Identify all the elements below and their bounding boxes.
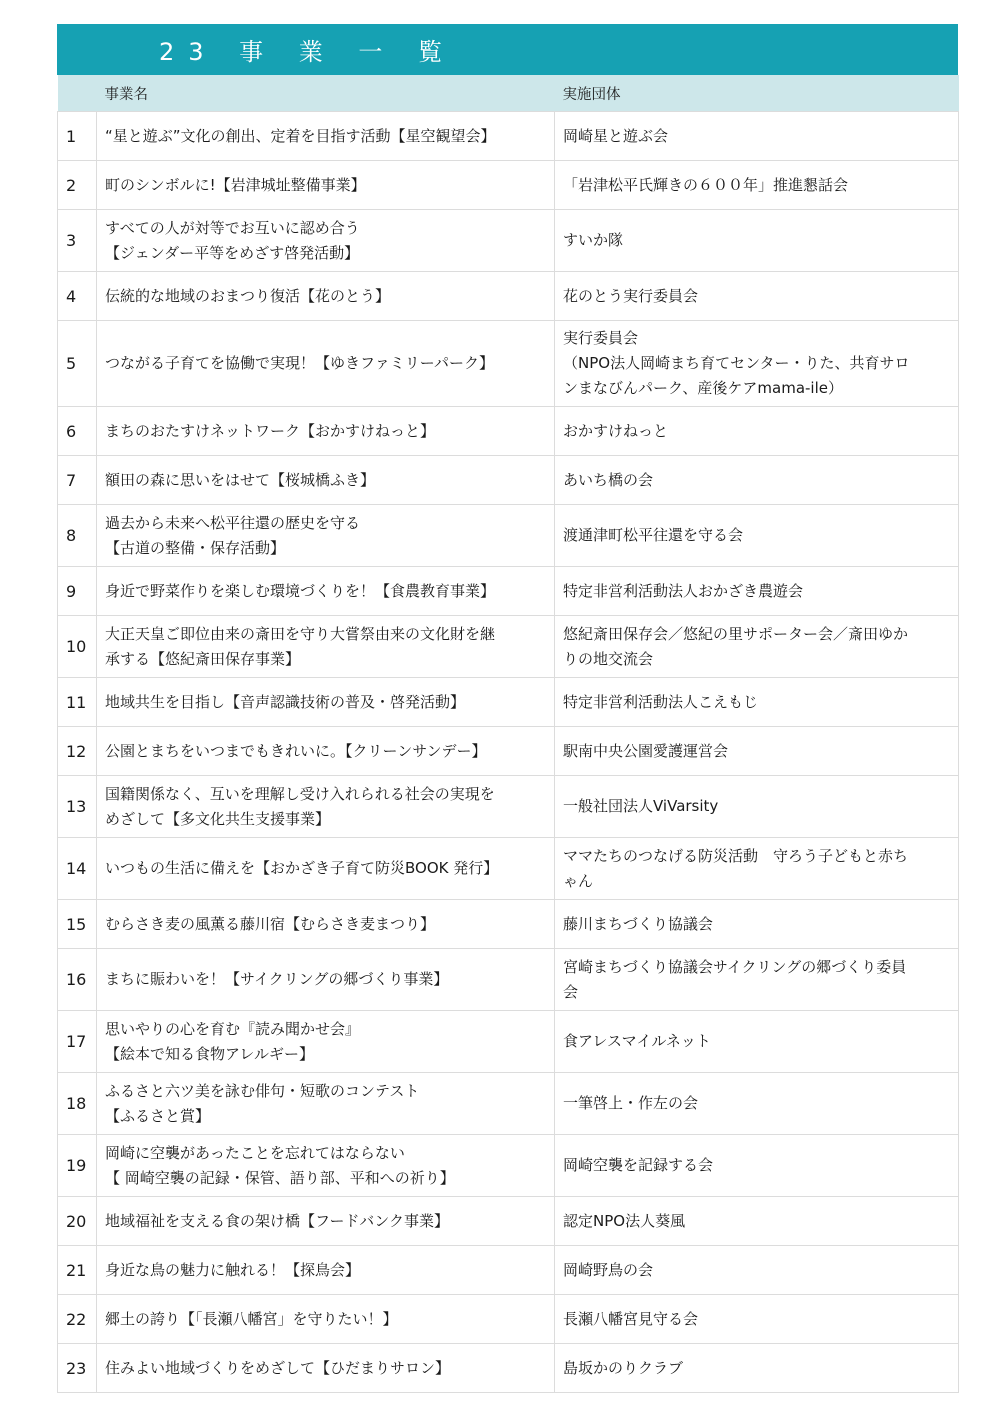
project-name-line: めざして【多文化共生支援事業】 <box>105 807 546 832</box>
column-header-name: 事業名 <box>97 75 555 112</box>
column-header-no <box>58 75 97 112</box>
row-number: 1 <box>58 112 97 161</box>
organization-cell: 一般社団法人ViVarsity <box>555 776 959 838</box>
project-name-line: すべての人が対等でお互いに認め合う <box>105 216 546 241</box>
organization-line: ゃん <box>563 869 950 894</box>
row-number: 11 <box>58 678 97 727</box>
project-name-cell: 住みよい地域づくりをめざして【ひだまりサロン】 <box>97 1344 555 1393</box>
project-list-page: 23 事 業 一 覧 事業名 実施団体 1“星と遊ぶ”文化の創出、定着を目指す活… <box>57 24 958 1393</box>
column-header-org: 実施団体 <box>555 75 959 112</box>
row-number: 16 <box>58 949 97 1011</box>
table-row: 2町のシンボルに!【岩津城址整備事業】「岩津松平氏輝きの６００年」推進懇話会 <box>58 161 959 210</box>
project-name-cell: 地域共生を目指し【音声認識技術の普及・啓発活動】 <box>97 678 555 727</box>
organization-line: 一筆啓上・作左の会 <box>563 1091 950 1116</box>
row-number: 7 <box>58 456 97 505</box>
organization-line: ママたちのつなげる防災活動 守ろう子どもと赤ち <box>563 844 950 869</box>
organization-line: 駅南中央公園愛護運営会 <box>563 739 950 764</box>
project-name-line: まちのおたすけネットワーク【おかすけねっと】 <box>105 419 546 444</box>
project-name-line: 承する【悠紀斎田保存事業】 <box>105 647 546 672</box>
project-name-cell: 国籍関係なく、互いを理解し受け入れられる社会の実現をめざして【多文化共生支援事業… <box>97 776 555 838</box>
organization-line: 一般社団法人ViVarsity <box>563 794 950 819</box>
project-name-cell: まちに賑わいを！【サイクリングの郷づくり事業】 <box>97 949 555 1011</box>
organization-line: 食アレスマイルネット <box>563 1029 950 1054</box>
organization-cell: 岡崎空襲を記録する会 <box>555 1135 959 1197</box>
project-name-line: 地域共生を目指し【音声認識技術の普及・啓発活動】 <box>105 690 546 715</box>
organization-line: 特定非営利活動法人こえもじ <box>563 690 950 715</box>
table-row: 3 すべての人が対等でお互いに認め合う【ジェンダー平等をめざす啓発活動】すいか隊 <box>58 210 959 272</box>
row-number: 12 <box>58 727 97 776</box>
organization-line: 長瀬八幡宮見守る会 <box>563 1307 950 1332</box>
project-name-cell: 伝統的な地域のおまつり復活【花のとう】 <box>97 272 555 321</box>
row-number: 10 <box>58 616 97 678</box>
organization-cell: 宮崎まちづくり協議会サイクリングの郷づくり委員会 <box>555 949 959 1011</box>
table-row: 14いつもの生活に備えを【おかざき子育て防災BOOK 発行】ママたちのつなげる防… <box>58 838 959 900</box>
project-name-line: “星と遊ぶ”文化の創出、定着を目指す活動【星空観望会】 <box>105 124 546 149</box>
project-name-line: ふるさと六ツ美を詠む俳句・短歌のコンテスト <box>105 1079 546 1104</box>
organization-cell: ママたちのつなげる防災活動 守ろう子どもと赤ちゃん <box>555 838 959 900</box>
table-row: 10大正天皇ご即位由来の斎田を守り大嘗祭由来の文化財を継承する【悠紀斎田保存事業… <box>58 616 959 678</box>
table-row: 19岡崎に空襲があったことを忘れてはならない 【 岡崎空襲の記録・保管、語り部、… <box>58 1135 959 1197</box>
organization-cell: 岡崎星と遊ぶ会 <box>555 112 959 161</box>
project-name-line: 額田の森に思いをはせて【桜城橋ふき】 <box>105 468 546 493</box>
project-name-cell: ふるさと六ツ美を詠む俳句・短歌のコンテスト 【ふるさと賞】 <box>97 1073 555 1135</box>
organization-cell: あいち橋の会 <box>555 456 959 505</box>
row-number: 3 <box>58 210 97 272</box>
table-row: 18ふるさと六ツ美を詠む俳句・短歌のコンテスト 【ふるさと賞】一筆啓上・作左の会 <box>58 1073 959 1135</box>
project-name-line: むらさき麦の風薫る藤川宿【むらさき麦まつり】 <box>105 912 546 937</box>
organization-cell: 長瀬八幡宮見守る会 <box>555 1295 959 1344</box>
organization-line: 藤川まちづくり協議会 <box>563 912 950 937</box>
row-number: 20 <box>58 1197 97 1246</box>
project-name-cell: 郷土の誇り【「長瀬八幡宮」を守りたい！】 <box>97 1295 555 1344</box>
row-number: 5 <box>58 321 97 407</box>
project-name-line: 【古道の整備・保存活動】 <box>105 536 546 561</box>
organization-cell: 島坂かのりクラブ <box>555 1344 959 1393</box>
project-name-cell: 町のシンボルに!【岩津城址整備事業】 <box>97 161 555 210</box>
project-name-line: 身近な鳥の魅力に触れる！【探鳥会】 <box>105 1258 546 1283</box>
table-row: 16まちに賑わいを！【サイクリングの郷づくり事業】宮崎まちづくり協議会サイクリン… <box>58 949 959 1011</box>
table-row: 17思いやりの心を育む『読み聞かせ会』 【絵本で知る食物アレルギー】食アレスマイ… <box>58 1011 959 1073</box>
table-row: 4伝統的な地域のおまつり復活【花のとう】花のとう実行委員会 <box>58 272 959 321</box>
project-name-line: 大正天皇ご即位由来の斎田を守り大嘗祭由来の文化財を継 <box>105 622 546 647</box>
table-row: 23住みよい地域づくりをめざして【ひだまりサロン】島坂かのりクラブ <box>58 1344 959 1393</box>
row-number: 17 <box>58 1011 97 1073</box>
project-name-cell: 地域福祉を支える食の架け橋【フードバンク事業】 <box>97 1197 555 1246</box>
row-number: 19 <box>58 1135 97 1197</box>
organization-line: 岡崎野鳥の会 <box>563 1258 950 1283</box>
organization-line: 岡崎空襲を記録する会 <box>563 1153 950 1178</box>
row-number: 15 <box>58 900 97 949</box>
project-name-cell: いつもの生活に備えを【おかざき子育て防災BOOK 発行】 <box>97 838 555 900</box>
project-name-cell: 大正天皇ご即位由来の斎田を守り大嘗祭由来の文化財を継承する【悠紀斎田保存事業】 <box>97 616 555 678</box>
organization-cell: 駅南中央公園愛護運営会 <box>555 727 959 776</box>
row-number: 2 <box>58 161 97 210</box>
organization-line: 実行委員会 <box>563 326 950 351</box>
row-number: 13 <box>58 776 97 838</box>
project-name-line: 【ふるさと賞】 <box>105 1104 546 1129</box>
organization-cell: 藤川まちづくり協議会 <box>555 900 959 949</box>
project-table: 事業名 実施団体 1“星と遊ぶ”文化の創出、定着を目指す活動【星空観望会】岡崎星… <box>57 75 959 1393</box>
project-name-line: 住みよい地域づくりをめざして【ひだまりサロン】 <box>105 1356 546 1381</box>
row-number: 6 <box>58 407 97 456</box>
row-number: 22 <box>58 1295 97 1344</box>
organization-cell: 実行委員会（NPO法人岡崎まち育てセンター・りた、共育サロンまなびんパーク、産後… <box>555 321 959 407</box>
row-number: 4 <box>58 272 97 321</box>
row-number: 9 <box>58 567 97 616</box>
project-name-cell: 公園とまちをいつまでもきれいに。【クリーンサンデー】 <box>97 727 555 776</box>
organization-line: 渡通津町松平往還を守る会 <box>563 523 950 548</box>
organization-cell: おかすけねっと <box>555 407 959 456</box>
table-row: 21身近な鳥の魅力に触れる！【探鳥会】岡崎野鳥の会 <box>58 1246 959 1295</box>
organization-cell: 「岩津松平氏輝きの６００年」推進懇話会 <box>555 161 959 210</box>
table-row: 9身近で野菜作りを楽しむ環境づくりを！【食農教育事業】特定非営利活動法人おかざき… <box>58 567 959 616</box>
organization-cell: 特定非営利活動法人こえもじ <box>555 678 959 727</box>
table-row: 15むらさき麦の風薫る藤川宿【むらさき麦まつり】藤川まちづくり協議会 <box>58 900 959 949</box>
page-title: 23 事 業 一 覧 <box>159 32 456 67</box>
table-row: 22郷土の誇り【「長瀬八幡宮」を守りたい！】長瀬八幡宮見守る会 <box>58 1295 959 1344</box>
project-name-line: 【絵本で知る食物アレルギー】 <box>105 1042 546 1067</box>
row-number: 8 <box>58 505 97 567</box>
organization-cell: 岡崎野鳥の会 <box>555 1246 959 1295</box>
title-bar: 23 事 業 一 覧 <box>57 24 958 75</box>
project-name-cell: まちのおたすけネットワーク【おかすけねっと】 <box>97 407 555 456</box>
table-row: 5つながる子育てを協働で実現！【ゆきファミリーパーク】実行委員会（NPO法人岡崎… <box>58 321 959 407</box>
organization-line: （NPO法人岡崎まち育てセンター・りた、共育サロ <box>563 351 950 376</box>
organization-line: りの地交流会 <box>563 647 950 672</box>
project-name-line: 町のシンボルに!【岩津城址整備事業】 <box>105 173 546 198</box>
project-name-line: 伝統的な地域のおまつり復活【花のとう】 <box>105 284 546 309</box>
project-name-cell: つながる子育てを協働で実現！【ゆきファミリーパーク】 <box>97 321 555 407</box>
table-row: 13国籍関係なく、互いを理解し受け入れられる社会の実現をめざして【多文化共生支援… <box>58 776 959 838</box>
table-body: 1“星と遊ぶ”文化の創出、定着を目指す活動【星空観望会】岡崎星と遊ぶ会2町のシン… <box>58 112 959 1393</box>
organization-line: 花のとう実行委員会 <box>563 284 950 309</box>
organization-line: 島坂かのりクラブ <box>563 1356 950 1381</box>
project-name-line: 公園とまちをいつまでもきれいに。【クリーンサンデー】 <box>105 739 546 764</box>
table-row: 20地域福祉を支える食の架け橋【フードバンク事業】認定NPO法人葵風 <box>58 1197 959 1246</box>
project-name-line: 【ジェンダー平等をめざす啓発活動】 <box>105 241 546 266</box>
project-name-line: 過去から未来へ松平往還の歴史を守る <box>105 511 546 536</box>
project-name-line: つながる子育てを協働で実現！【ゆきファミリーパーク】 <box>105 351 546 376</box>
organization-cell: 特定非営利活動法人おかざき農遊会 <box>555 567 959 616</box>
project-name-cell: 過去から未来へ松平往還の歴史を守る【古道の整備・保存活動】 <box>97 505 555 567</box>
organization-line: 岡崎星と遊ぶ会 <box>563 124 950 149</box>
project-name-cell: 身近な鳥の魅力に触れる！【探鳥会】 <box>97 1246 555 1295</box>
organization-line: 悠紀斎田保存会／悠紀の里サポーター会／斎田ゆか <box>563 622 950 647</box>
project-name-line: 地域福祉を支える食の架け橋【フードバンク事業】 <box>105 1209 546 1234</box>
organization-cell: 渡通津町松平往還を守る会 <box>555 505 959 567</box>
project-name-cell: 身近で野菜作りを楽しむ環境づくりを！【食農教育事業】 <box>97 567 555 616</box>
project-name-cell: 岡崎に空襲があったことを忘れてはならない 【 岡崎空襲の記録・保管、語り部、平和… <box>97 1135 555 1197</box>
table-row: 7額田の森に思いをはせて【桜城橋ふき】あいち橋の会 <box>58 456 959 505</box>
table-row: 1“星と遊ぶ”文化の創出、定着を目指す活動【星空観望会】岡崎星と遊ぶ会 <box>58 112 959 161</box>
table-row: 6まちのおたすけネットワーク【おかすけねっと】おかすけねっと <box>58 407 959 456</box>
organization-line: 宮崎まちづくり協議会サイクリングの郷づくり委員 <box>563 955 950 980</box>
project-name-cell: “星と遊ぶ”文化の創出、定着を目指す活動【星空観望会】 <box>97 112 555 161</box>
table-header-row: 事業名 実施団体 <box>58 75 959 112</box>
project-name-line: 岡崎に空襲があったことを忘れてはならない <box>105 1141 546 1166</box>
project-name-line: まちに賑わいを！【サイクリングの郷づくり事業】 <box>105 967 546 992</box>
organization-line: 認定NPO法人葵風 <box>563 1209 950 1234</box>
organization-line: 「岩津松平氏輝きの６００年」推進懇話会 <box>563 173 950 198</box>
project-name-line: 【 岡崎空襲の記録・保管、語り部、平和への祈り】 <box>105 1166 546 1191</box>
organization-cell: 花のとう実行委員会 <box>555 272 959 321</box>
organization-cell: すいか隊 <box>555 210 959 272</box>
project-name-cell: 額田の森に思いをはせて【桜城橋ふき】 <box>97 456 555 505</box>
organization-line: 会 <box>563 980 950 1005</box>
organization-line: あいち橋の会 <box>563 468 950 493</box>
organization-line: すいか隊 <box>563 228 950 253</box>
organization-cell: 一筆啓上・作左の会 <box>555 1073 959 1135</box>
organization-line: ンまなびんパーク、産後ケアmama-ile） <box>563 376 950 401</box>
organization-line: おかすけねっと <box>563 419 950 444</box>
row-number: 21 <box>58 1246 97 1295</box>
project-name-line: 身近で野菜作りを楽しむ環境づくりを！【食農教育事業】 <box>105 579 546 604</box>
project-name-cell: すべての人が対等でお互いに認め合う【ジェンダー平等をめざす啓発活動】 <box>97 210 555 272</box>
project-name-line: いつもの生活に備えを【おかざき子育て防災BOOK 発行】 <box>105 856 546 881</box>
organization-cell: 悠紀斎田保存会／悠紀の里サポーター会／斎田ゆかりの地交流会 <box>555 616 959 678</box>
row-number: 23 <box>58 1344 97 1393</box>
project-name-cell: むらさき麦の風薫る藤川宿【むらさき麦まつり】 <box>97 900 555 949</box>
row-number: 18 <box>58 1073 97 1135</box>
row-number: 14 <box>58 838 97 900</box>
organization-line: 特定非営利活動法人おかざき農遊会 <box>563 579 950 604</box>
table-row: 8過去から未来へ松平往還の歴史を守る【古道の整備・保存活動】渡通津町松平往還を守… <box>58 505 959 567</box>
organization-cell: 認定NPO法人葵風 <box>555 1197 959 1246</box>
project-name-cell: 思いやりの心を育む『読み聞かせ会』 【絵本で知る食物アレルギー】 <box>97 1011 555 1073</box>
table-row: 11地域共生を目指し【音声認識技術の普及・啓発活動】特定非営利活動法人こえもじ <box>58 678 959 727</box>
organization-cell: 食アレスマイルネット <box>555 1011 959 1073</box>
project-name-line: 郷土の誇り【「長瀬八幡宮」を守りたい！】 <box>105 1307 546 1332</box>
table-row: 12公園とまちをいつまでもきれいに。【クリーンサンデー】駅南中央公園愛護運営会 <box>58 727 959 776</box>
project-name-line: 思いやりの心を育む『読み聞かせ会』 <box>105 1017 546 1042</box>
project-name-line: 国籍関係なく、互いを理解し受け入れられる社会の実現を <box>105 782 546 807</box>
